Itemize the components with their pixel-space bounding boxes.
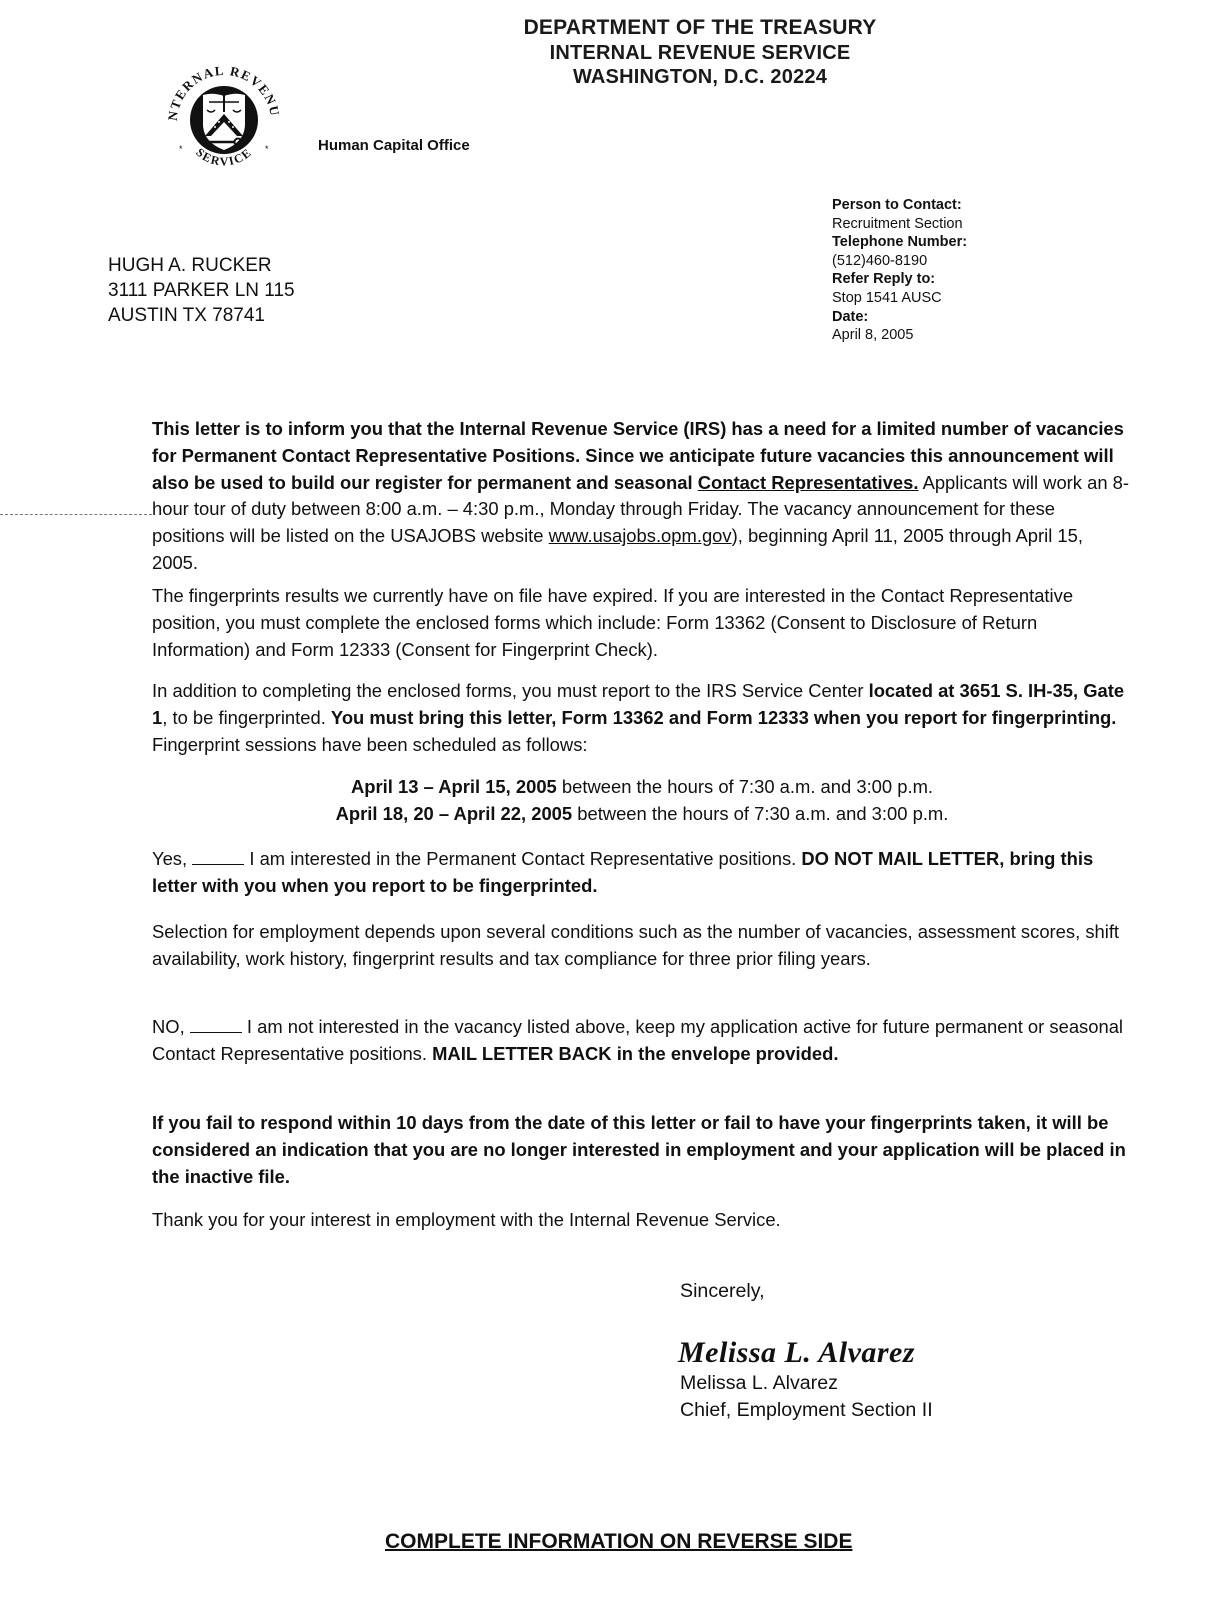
refer-reply-value: Stop 1541 AUSC — [832, 289, 967, 308]
person-to-contact-label: Person to Contact: — [832, 196, 967, 215]
scan-artifact-line — [0, 514, 152, 515]
date-value: April 8, 2005 — [832, 326, 967, 345]
signer-title: Chief, Employment Section II — [680, 1397, 933, 1424]
schedule-hours: between the hours of 7:30 a.m. and 3:00 … — [557, 776, 933, 797]
paragraph-report-location: In addition to completing the enclosed f… — [152, 678, 1132, 758]
schedule-dates: April 18, 20 – April 22, 2005 — [336, 803, 572, 824]
p3-text2: , to be fingerprinted. — [162, 707, 331, 728]
yes-option: Yes, I am interested in the Permanent Co… — [152, 846, 1132, 900]
no-option: NO, I am not interested in the vacancy l… — [152, 1014, 1132, 1068]
signature: Melissa L. Alvarez — [678, 1336, 915, 1370]
office-name: Human Capital Office — [318, 137, 470, 154]
p1-bold-underlined: Contact Representatives. — [698, 472, 919, 493]
refer-reply-label: Refer Reply to: — [832, 270, 967, 289]
svg-text:*: * — [265, 144, 269, 154]
no-instruction: MAIL LETTER BACK in the envelope provide… — [432, 1043, 838, 1064]
paragraph-thank-you: Thank you for your interest in employmen… — [152, 1207, 1132, 1234]
irs-seal-icon: INTERNAL REVENUE SERVICE * * — [163, 62, 285, 174]
schedule-row: April 13 – April 15, 2005 between the ho… — [152, 774, 1132, 801]
p3-text3: Fingerprint sessions have been scheduled… — [152, 734, 588, 755]
contact-block: Person to Contact: Recruitment Section T… — [832, 196, 967, 345]
recipient-city: AUSTIN TX 78741 — [108, 303, 295, 328]
reverse-side-notice: COMPLETE INFORMATION ON REVERSE SIDE — [385, 1530, 852, 1554]
paragraph-response-deadline: If you fail to respond within 10 days fr… — [152, 1110, 1132, 1190]
letterhead-agency: INTERNAL REVENUE SERVICE — [470, 42, 930, 65]
telephone-label: Telephone Number: — [832, 233, 967, 252]
fingerprint-schedule: April 13 – April 15, 2005 between the ho… — [152, 774, 1132, 827]
telephone-value: (512)460-8190 — [832, 252, 967, 271]
schedule-hours: between the hours of 7:30 a.m. and 3:00 … — [572, 803, 948, 824]
person-to-contact-value: Recruitment Section — [832, 215, 967, 234]
recipient-street: 3111 PARKER LN 115 — [108, 278, 295, 303]
recipient-name: HUGH A. RUCKER — [108, 253, 295, 278]
signer-block: Melissa L. Alvarez Chief, Employment Sec… — [680, 1370, 933, 1424]
p3-text1: In addition to completing the enclosed f… — [152, 680, 869, 701]
letterhead-address: WASHINGTON, D.C. 20224 — [470, 66, 930, 89]
signer-name: Melissa L. Alvarez — [680, 1370, 933, 1397]
paragraph-selection-conditions: Selection for employment depends upon se… — [152, 919, 1132, 973]
paragraph-fingerprints-expired: The fingerprints results we currently ha… — [152, 583, 1132, 663]
no-checkbox-blank[interactable] — [190, 1018, 242, 1033]
recipient-address: HUGH A. RUCKER 3111 PARKER LN 115 AUSTIN… — [108, 253, 295, 328]
date-label: Date: — [832, 308, 967, 327]
usajobs-link[interactable]: www.usajobs.opm.gov — [549, 525, 732, 546]
p3-bring-notice: You must bring this letter, Form 13362 a… — [331, 707, 1116, 728]
yes-label: Yes, — [152, 848, 192, 869]
closing-salutation: Sincerely, — [680, 1278, 765, 1305]
schedule-dates: April 13 – April 15, 2005 — [351, 776, 557, 797]
letterhead-department: DEPARTMENT OF THE TREASURY — [470, 16, 930, 40]
yes-checkbox-blank[interactable] — [192, 850, 244, 865]
no-label: NO, — [152, 1016, 190, 1037]
schedule-row: April 18, 20 – April 22, 2005 between th… — [152, 801, 1132, 828]
svg-text:*: * — [179, 144, 183, 154]
yes-text: I am interested in the Permanent Contact… — [244, 848, 801, 869]
paragraph-vacancy-announcement: This letter is to inform you that the In… — [152, 416, 1132, 577]
